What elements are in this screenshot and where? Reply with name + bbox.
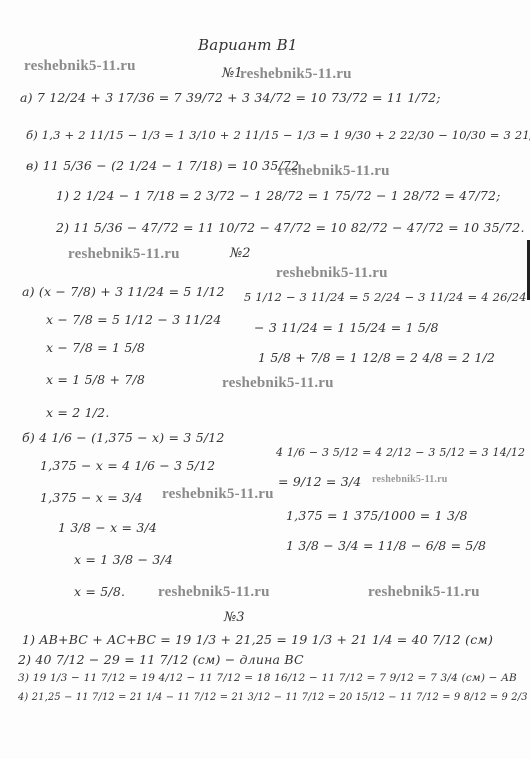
task3-line: 1) AB+BC + AC+BC = 19 1/3 + 21,25 = 19 1… <box>22 632 493 647</box>
task2-b-calc: 4 1/6 − 3 5/12 = 4 2/12 − 3 5/12 = 3 14/… <box>276 446 530 459</box>
task1-a: а) 7 12/24 + 3 17/36 = 7 39/72 + 3 34/72… <box>20 90 441 105</box>
task2-b-line: 1,375 − x = 4 1/6 − 3 5/12 <box>40 458 215 473</box>
task2-a-line: а) (x − 7/8) + 3 11/24 = 5 1/12 <box>22 284 225 299</box>
page-title: Вариант В1 <box>198 36 298 54</box>
task3-label: №3 <box>224 610 245 625</box>
watermark: reshebnik5-11.ru <box>372 474 448 485</box>
task2-b-line: x = 5/8. <box>74 584 125 599</box>
task2-b-calc: = 9/12 = 3/4 <box>278 474 361 489</box>
watermark: reshebnik5-11.ru <box>276 265 388 282</box>
task2-b-calc: 1,375 = 1 375/1000 = 1 3/8 <box>286 508 468 523</box>
task2-a-line: x − 7/8 = 5 1/12 − 3 11/24 <box>46 312 222 327</box>
watermark: reshebnik5-11.ru <box>222 375 334 392</box>
task2-b-line: 1 3/8 − x = 3/4 <box>58 520 157 535</box>
task3-line: 3) 19 1/3 − 11 7/12 = 19 4/12 − 11 7/12 … <box>18 672 517 684</box>
watermark: reshebnik5-11.ru <box>368 584 480 601</box>
task1-v-step1: 1) 2 1/24 − 1 7/18 = 2 3/72 − 1 28/72 = … <box>56 188 501 203</box>
task2-b-line: 1,375 − x = 3/4 <box>40 490 143 505</box>
task1-v-step2: 2) 11 5/36 − 47/72 = 11 10/72 − 47/72 = … <box>56 220 525 235</box>
task2-a-line: x = 2 1/2. <box>46 405 110 420</box>
task2-b-line: б) 4 1/6 − (1,375 − x) = 3 5/12 <box>22 430 225 445</box>
task1-v: в) 11 5/36 − (2 1/24 − 1 7/18) = 10 35/7… <box>26 158 299 173</box>
task2-a-calc: − 3 11/24 = 1 15/24 = 1 5/8 <box>254 320 439 335</box>
watermark: reshebnik5-11.ru <box>68 246 180 263</box>
task2-label: №2 <box>230 246 251 261</box>
worksheet-page: Вариант В1 reshebnik5-11.ru reshebnik5-1… <box>0 0 530 759</box>
task2-b-line: x = 1 3/8 − 3/4 <box>74 552 173 567</box>
task3-line: 4) 21,25 − 11 7/12 = 21 1/4 − 11 7/12 = … <box>18 692 530 703</box>
watermark: reshebnik5-11.ru <box>240 66 352 83</box>
task3-line: 2) 40 7/12 − 29 = 11 7/12 (см) − длина B… <box>18 652 304 667</box>
task1-b: б) 1,3 + 2 11/15 − 1/3 = 1 3/10 + 2 11/1… <box>26 128 530 142</box>
task2-a-line: x − 7/8 = 1 5/8 <box>46 340 145 355</box>
task2-a-calc: 5 1/12 − 3 11/24 = 5 2/24 − 3 11/24 = 4 … <box>244 290 530 304</box>
task2-a-calc: 1 5/8 + 7/8 = 1 12/8 = 2 4/8 = 2 1/2 <box>258 350 495 365</box>
watermark: reshebnik5-11.ru <box>158 584 270 601</box>
task2-a-line: x = 1 5/8 + 7/8 <box>46 372 145 387</box>
task2-b-calc: 1 3/8 − 3/4 = 11/8 − 6/8 = 5/8 <box>286 538 486 553</box>
watermark: reshebnik5-11.ru <box>162 486 274 503</box>
watermark: reshebnik5-11.ru <box>24 58 136 75</box>
task1-label: №1 <box>222 66 243 81</box>
